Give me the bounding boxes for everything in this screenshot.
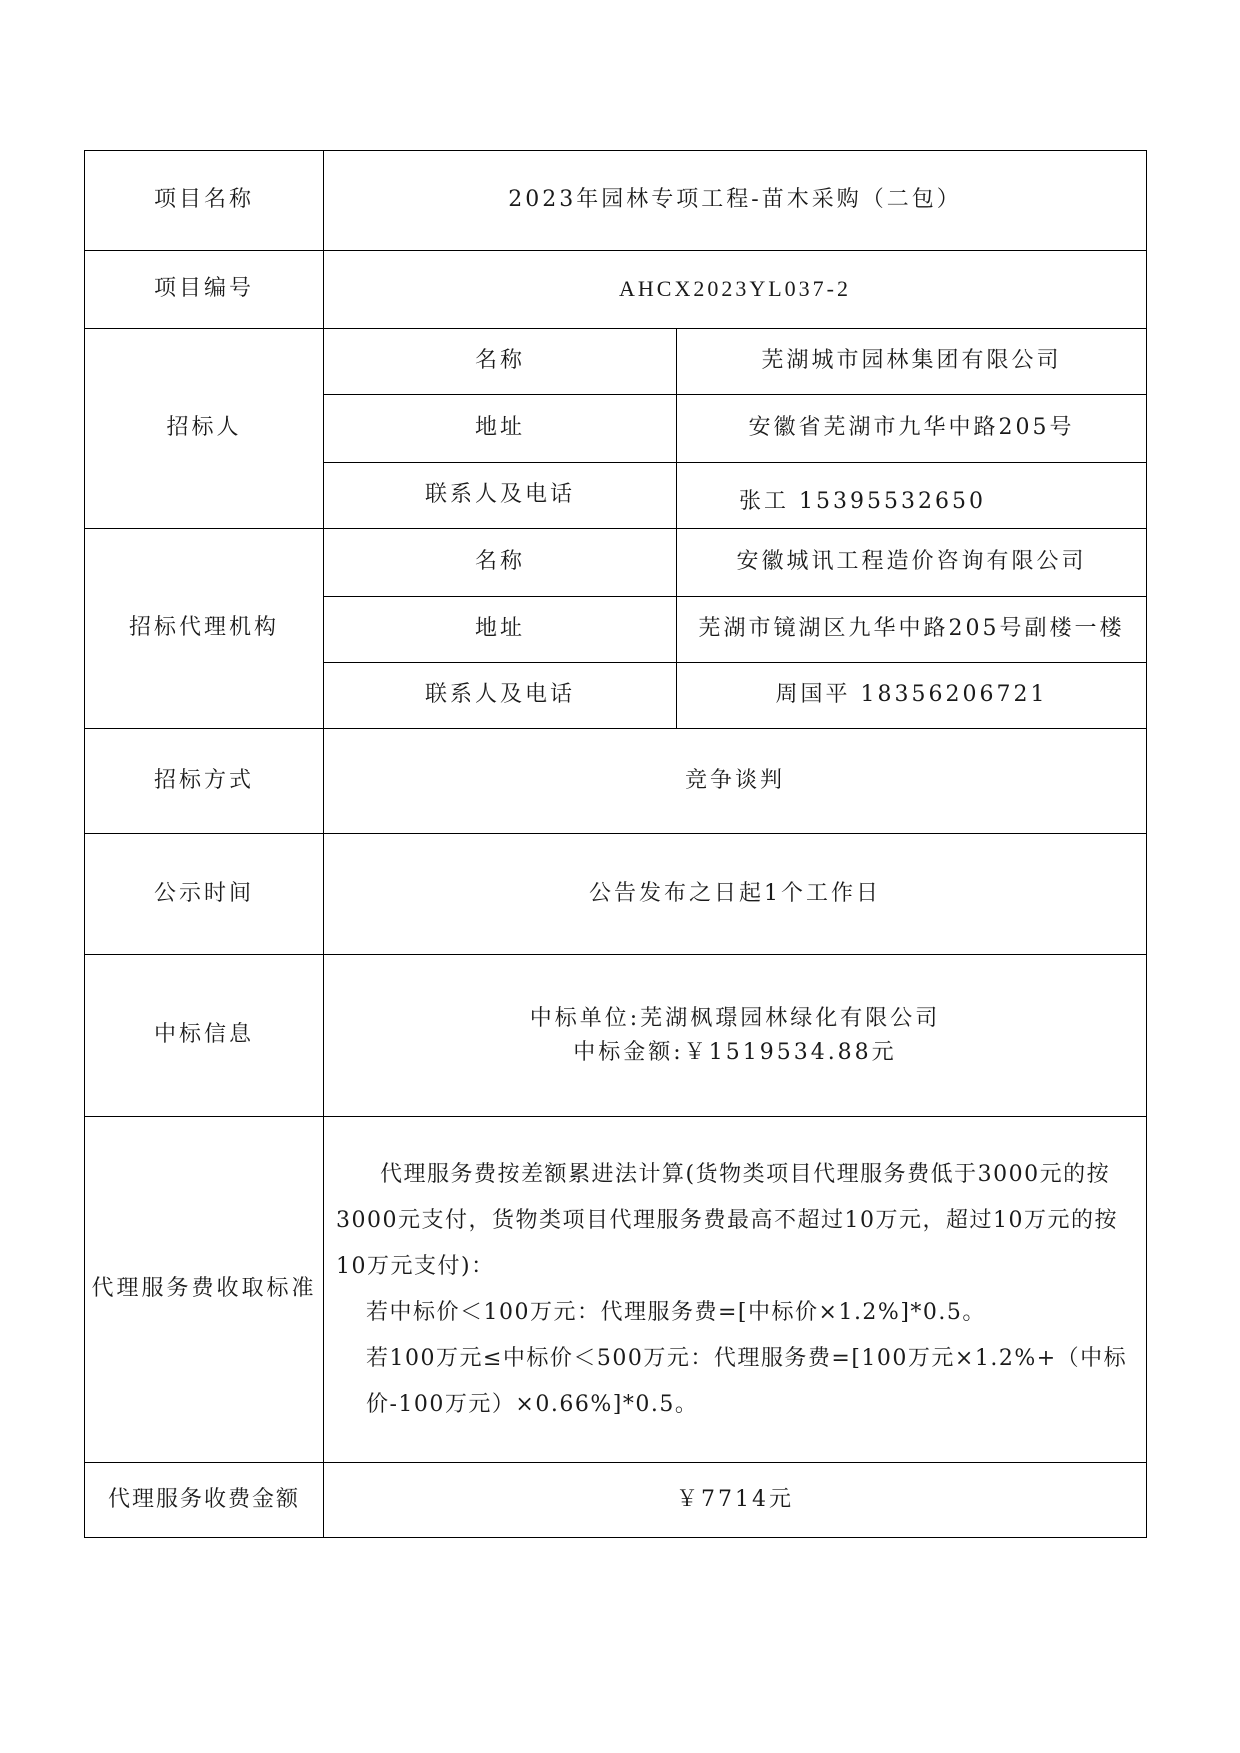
row-tenderer-name: 招标人 名称 芜湖城市园林集团有限公司 [85, 329, 1147, 395]
row-project-name: 项目名称 2023年园林专项工程-苗木采购（二包） [85, 151, 1147, 251]
row-fee-standard: 代理服务费收取标准 代理服务费按差额累进法计算(货物类项目代理服务费低于3000… [85, 1117, 1147, 1463]
tenderer-label: 招标人 [85, 329, 324, 529]
fee-standard-text: 代理服务费按差额累进法计算(货物类项目代理服务费低于3000元的按3000元支付… [324, 1117, 1147, 1463]
row-project-code: 项目编号 AHCX2023YL037-2 [85, 251, 1147, 329]
row-publicity: 公示时间 公告发布之日起1个工作日 [85, 834, 1147, 955]
tenderer-address-label: 地址 [324, 395, 677, 463]
tenderer-contact-label: 联系人及电话 [324, 463, 677, 529]
winning-info-value: 中标单位:芜湖枫璟园林绿化有限公司 中标金额:￥1519534.88元 [324, 955, 1147, 1117]
publicity-label: 公示时间 [85, 834, 324, 955]
document-page: 项目名称 2023年园林专项工程-苗木采购（二包） 项目编号 AHCX2023Y… [0, 0, 1240, 1753]
tender-result-table: 项目名称 2023年园林专项工程-苗木采购（二包） 项目编号 AHCX2023Y… [84, 150, 1147, 1538]
fee-rule-tier-2: 若100万元≤中标价＜500万元：代理服务费=[100万元×1.2%+（中标价-… [336, 1336, 1136, 1428]
row-winning-info: 中标信息 中标单位:芜湖枫璟园林绿化有限公司 中标金额:￥1519534.88元 [85, 955, 1147, 1117]
fee-rule-tier-1: 若中标价＜100万元：代理服务费=[中标价×1.2%]*0.5。 [336, 1290, 1136, 1336]
agency-label: 招标代理机构 [85, 529, 324, 729]
agency-address-value: 芜湖市镜湖区九华中路205号副楼一楼 [677, 597, 1147, 663]
fee-amount-value: ￥7714元 [324, 1463, 1147, 1538]
publicity-value: 公告发布之日起1个工作日 [324, 834, 1147, 955]
fee-rule-paragraph: 代理服务费按差额累进法计算(货物类项目代理服务费低于3000元的按3000元支付… [336, 1152, 1136, 1290]
fee-amount-label: 代理服务收费金额 [85, 1463, 324, 1538]
project-code-value: AHCX2023YL037-2 [324, 251, 1147, 329]
fee-standard-label: 代理服务费收取标准 [85, 1117, 324, 1463]
tenderer-name-value: 芜湖城市园林集团有限公司 [677, 329, 1147, 395]
tenderer-name-label: 名称 [324, 329, 677, 395]
row-method: 招标方式 竞争谈判 [85, 729, 1147, 834]
tenderer-address-value: 安徽省芜湖市九华中路205号 [677, 395, 1147, 463]
project-name-label: 项目名称 [85, 151, 324, 251]
project-code-label: 项目编号 [85, 251, 324, 329]
winning-info-label: 中标信息 [85, 955, 324, 1117]
agency-contact-label: 联系人及电话 [324, 663, 677, 729]
tenderer-contact-value: 张工 15395532650 [677, 463, 1147, 529]
agency-contact-value: 周国平 18356206721 [677, 663, 1147, 729]
agency-address-label: 地址 [324, 597, 677, 663]
row-agency-name: 招标代理机构 名称 安徽城讯工程造价咨询有限公司 [85, 529, 1147, 597]
method-value: 竞争谈判 [324, 729, 1147, 834]
method-label: 招标方式 [85, 729, 324, 834]
project-name-value: 2023年园林专项工程-苗木采购（二包） [324, 151, 1147, 251]
winning-amount: 中标金额:￥1519534.88元 [330, 1036, 1140, 1070]
agency-name-label: 名称 [324, 529, 677, 597]
row-fee-amount: 代理服务收费金额 ￥7714元 [85, 1463, 1147, 1538]
winning-unit: 中标单位:芜湖枫璟园林绿化有限公司 [330, 1002, 1140, 1036]
agency-name-value: 安徽城讯工程造价咨询有限公司 [677, 529, 1147, 597]
